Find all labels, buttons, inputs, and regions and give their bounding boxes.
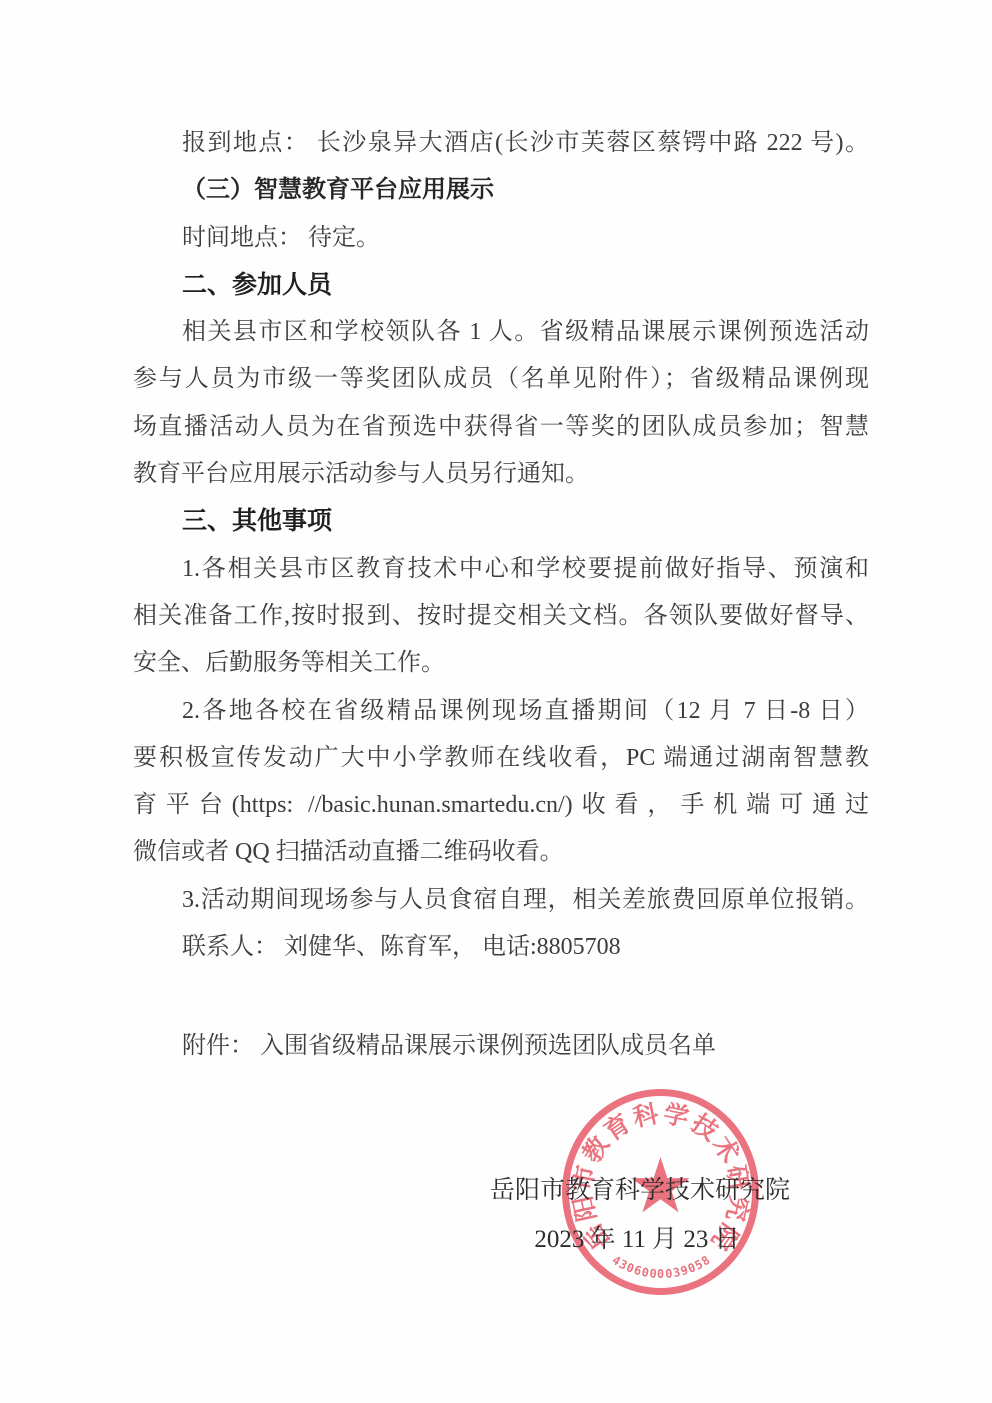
section-heading-platform-demo: （三）智慧教育平台应用展示 bbox=[133, 167, 869, 214]
doc-line-item-2: 2.各地各校在省级精品课例现场直播期间（12 月 7 日-8 日） bbox=[133, 688, 869, 735]
section-heading-participants: 二、参加人员 bbox=[133, 262, 869, 309]
document-body: 报到地点： 长沙泉异大酒店(长沙市芙蓉区蔡锷中路 222 号)。 （三）智慧教育… bbox=[133, 120, 869, 1071]
seal-code-digit: 0 bbox=[657, 1268, 664, 1280]
section-heading-other-matters: 三、其他事项 bbox=[133, 498, 869, 545]
signature-date: 2023 年 11 月 23 日 bbox=[534, 1216, 739, 1263]
doc-line-checkin-location: 报到地点： 长沙泉异大酒店(长沙市芙蓉区蔡锷中路 222 号)。 bbox=[133, 120, 869, 167]
document-page: 报到地点： 长沙泉异大酒店(长沙市芙蓉区蔡锷中路 222 号)。 （三）智慧教育… bbox=[0, 0, 992, 1403]
doc-line: 微信或者 QQ 扫描活动直播二维码收看。 bbox=[133, 829, 869, 876]
seal-code-digit: 0 bbox=[648, 1267, 656, 1280]
doc-line-item-3: 3.活动期间现场参与人员食宿自理，相关差旅费回原单位报销。 bbox=[133, 877, 869, 924]
signature-org: 岳阳市教育科学技术研究院 bbox=[490, 1167, 790, 1214]
seal-arc-char: 学 bbox=[661, 1102, 690, 1131]
doc-line-contacts: 联系人： 刘健华、陈育军， 电话:8805708 bbox=[133, 924, 869, 971]
seal-code-digit: 0 bbox=[664, 1267, 672, 1280]
doc-line-url: 育平台(https: //basic.hunan.smartedu.cn/)收看… bbox=[133, 782, 869, 829]
doc-line: 参与人员为市级一等奖团队成员（名单见附件）；省级精品课例现 bbox=[133, 356, 869, 403]
seal-arc-char: 科 bbox=[631, 1102, 660, 1131]
doc-line-item-1: 1.各相关县市区教育技术中心和学校要提前做好指导、预演和 bbox=[133, 546, 869, 593]
doc-line: 要积极宣传发动广大中小学教师在线收看，PC 端通过湖南智慧教 bbox=[133, 735, 869, 782]
doc-line: 相关县市区和学校领队各 1 人。省级精品课展示课例预选活动 bbox=[133, 309, 869, 356]
doc-line: 场直播活动人员为在省预选中获得省一等奖的团队成员参加；智慧 bbox=[133, 404, 869, 451]
doc-line: 教育平台应用展示活动参与人员另行通知。 bbox=[133, 451, 869, 498]
doc-line: 相关准备工作,按时报到、按时提交相关文档。各领队要做好督导、 bbox=[133, 593, 869, 640]
doc-line: 安全、后勤服务等相关工作。 bbox=[133, 640, 869, 687]
doc-line-attachment: 附件： 入围省级精品课展示课例预选团队成员名单 bbox=[133, 1023, 869, 1070]
doc-line-time-place: 时间地点： 待定。 bbox=[133, 215, 869, 262]
